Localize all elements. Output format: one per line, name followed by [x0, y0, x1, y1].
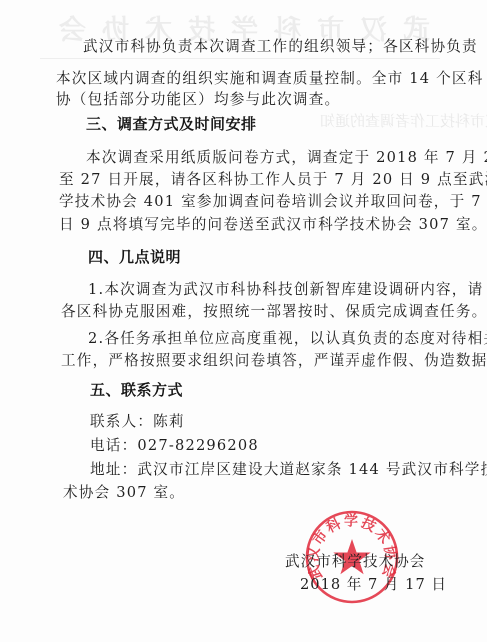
note-item-2-line: 2.各任务承担单位应高度重视，以认真负责的态度对待相关: [88, 330, 487, 348]
section-heading-method: 三、调查方式及时间安排: [86, 115, 257, 133]
contact-address-line: 地址：武汉市江岸区建设大道赵家条 144 号武汉市科学技: [90, 461, 487, 479]
section-heading-contact: 五、联系方式: [90, 381, 183, 399]
section-heading-notes: 四、几点说明: [88, 248, 181, 266]
bleed-through-rule: [40, 58, 440, 59]
paragraph-line: 本次区域内调查的组织实施和调查质量控制。全市 14 个区科: [56, 70, 484, 88]
note-item-1-line: 1.本次调查为武汉市科协科技创新智库建设调研内容，请: [88, 281, 483, 299]
paragraph-line: 日 9 点将填写完毕的问卷送至武汉市科学技术协会 307 室。: [59, 216, 487, 234]
note-item-2-line: 工作，严格按照要求组织问卷填答，严谨弄虚作假、伪造数据。: [61, 352, 487, 370]
contact-person: 联系人：陈莉: [90, 413, 185, 431]
paragraph-line: 本次调查采用纸质版问卷方式，调查定于 2018 年 7 月 20 日: [86, 149, 487, 167]
bleed-through-subtitle: 关于开展武汉市科技工作者调查的通知: [320, 110, 487, 131]
contact-address-line: 术协会 307 室。: [63, 484, 185, 502]
paragraph-line: 至 27 日开展，请各区科协工作人员于 7 月 20 日 9 点至武汉市科: [59, 171, 487, 189]
paragraph-line: 学技术协会 401 室参加调查问卷培训会议并取回问卷，于 7 月 30: [59, 193, 487, 211]
paragraph-line: 武汉市科协负责本次调查工作的组织领导；各区科协负责: [83, 38, 478, 56]
paragraph-line: 协（包括部分功能区）均参与此次调查。: [56, 91, 340, 109]
signature-date: 2018 年 7 月 17 日: [300, 576, 447, 594]
note-item-1-line: 各区科协克服困难，按照统一部署按时、保质完成调查任务。: [61, 303, 487, 321]
signature-organization: 武汉市科学技术协会: [285, 553, 425, 571]
document-page: 武汉市科学技术协会 关于开展武汉市科技工作者调查的通知 武汉市科协负责本次调查工…: [0, 0, 487, 642]
contact-phone: 电话：027-82296208: [90, 437, 259, 455]
